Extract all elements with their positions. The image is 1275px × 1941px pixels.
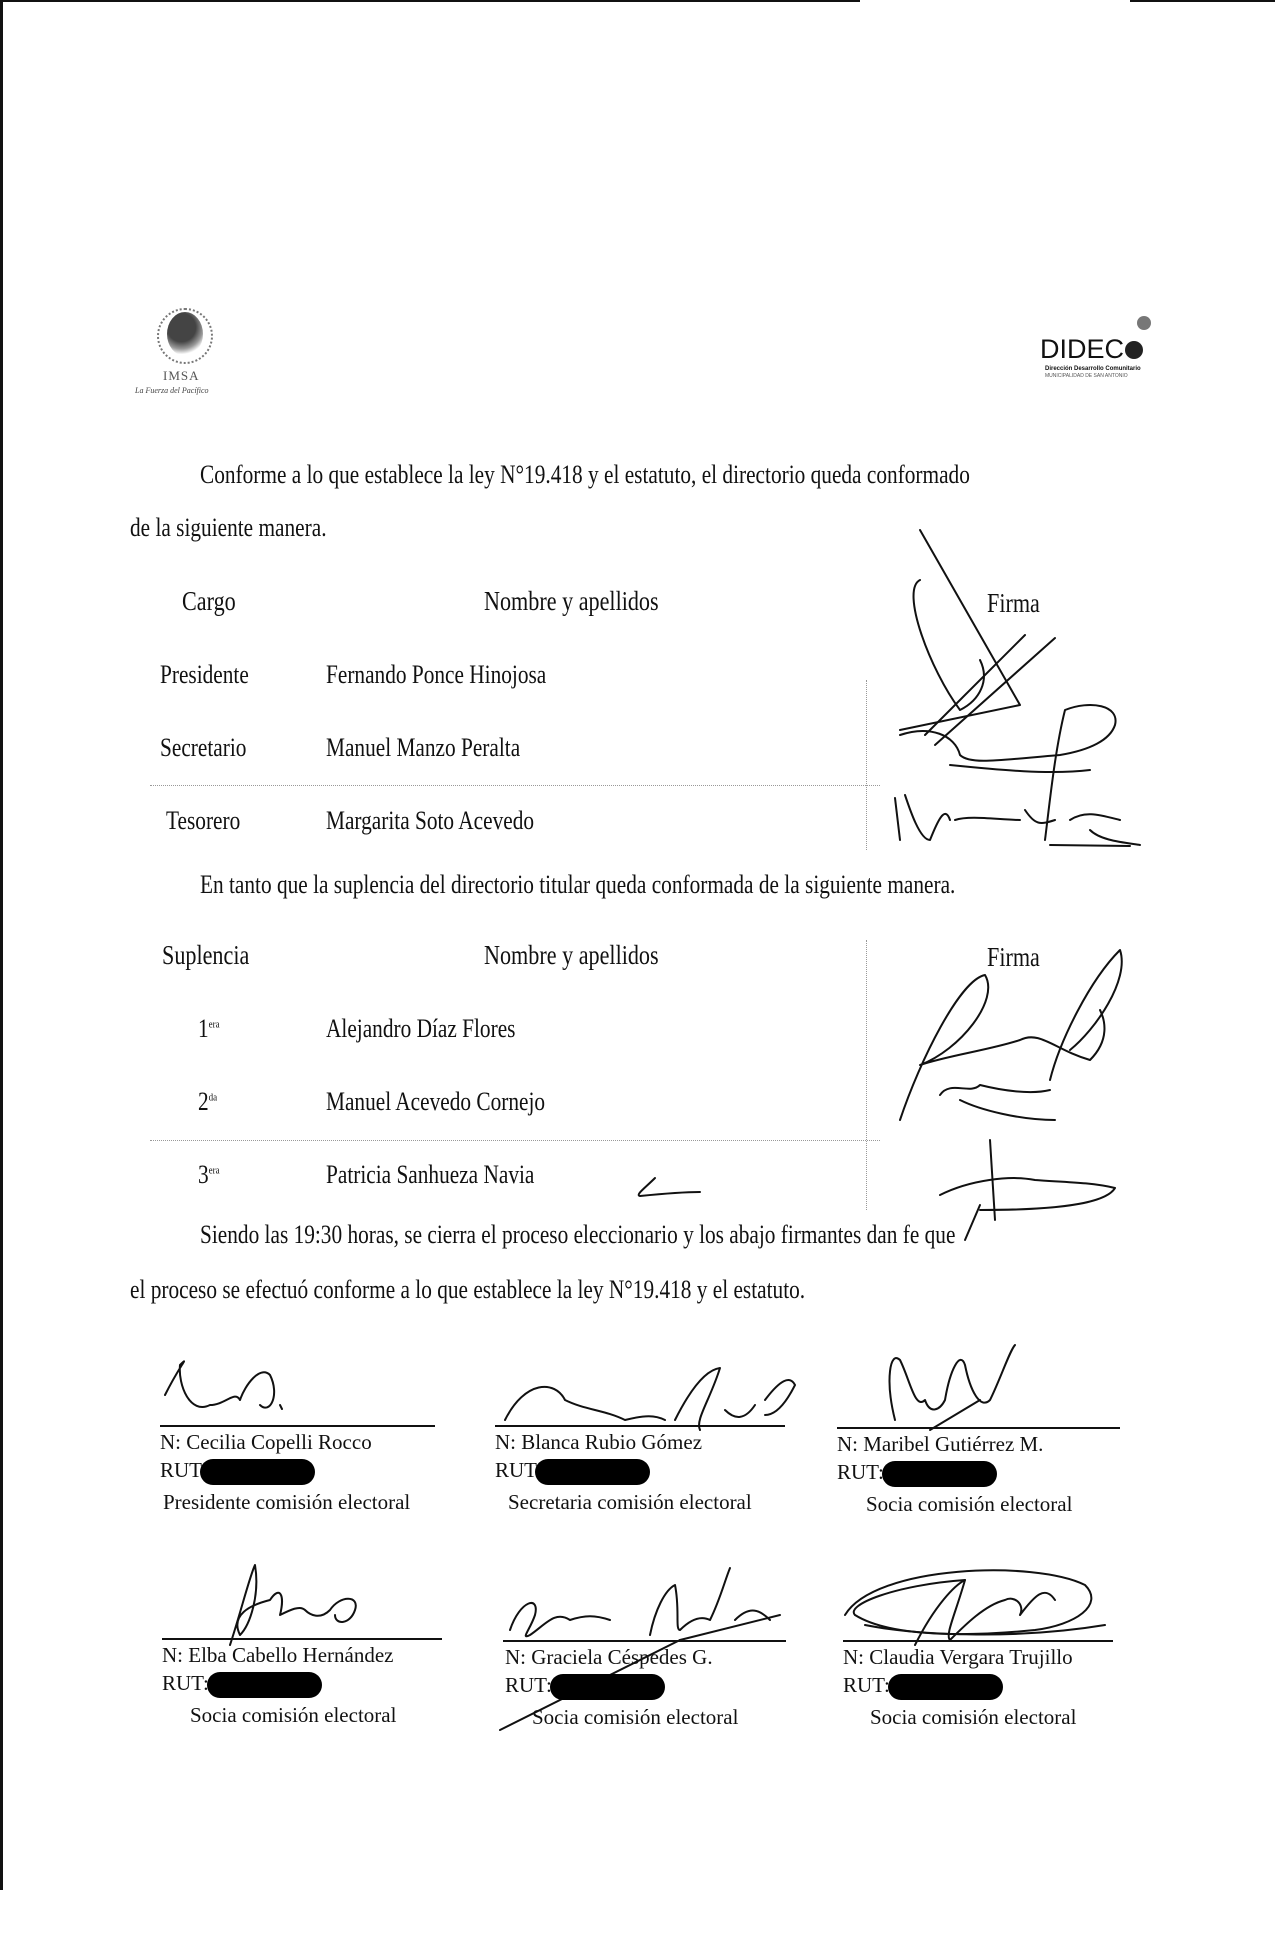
suplencia-number: 1era (198, 1014, 220, 1044)
member-role: Secretaria comisión electoral (508, 1490, 752, 1515)
nombre-cell: Alejandro Díaz Flores (326, 1014, 515, 1044)
imsa-logo: IMSA La Fuerza del Pacífico (135, 300, 255, 400)
header-suplencia: Suplencia (162, 940, 249, 971)
member-name: N: Cecilia Copelli Rocco (160, 1430, 372, 1455)
nombre-cell: Fernando Ponce Hinojosa (326, 660, 546, 690)
logo-subtitle: Dirección Desarrollo Comunitario (1045, 366, 1141, 372)
suplencia-number: 2da (198, 1087, 217, 1117)
table-gridline (150, 1140, 880, 1142)
signature-line (162, 1638, 442, 1640)
signature-line (495, 1425, 785, 1427)
redaction-mask (888, 1674, 1003, 1700)
signature-line (837, 1427, 1120, 1429)
member-name: N: Graciela Céspedes G. (505, 1645, 713, 1670)
cargo-cell: Tesorero (166, 806, 240, 836)
signature-elba (210, 1555, 370, 1655)
redaction-mask (550, 1674, 665, 1700)
suplencia-signatures (860, 920, 1180, 1220)
scan-border (0, 0, 860, 2)
member-role: Presidente comisión electoral (163, 1490, 410, 1515)
cargo-cell: Presidente (160, 660, 249, 690)
stray-pen-mark (630, 1170, 710, 1200)
cargo-cell: Secretario (160, 733, 246, 763)
member-role: Socia comisión electoral (532, 1705, 738, 1730)
member-rut: RUT (160, 1458, 315, 1485)
redaction-mask (535, 1459, 650, 1485)
nombre-cell: Patricia Sanhueza Navia (326, 1160, 534, 1190)
scan-border (1130, 0, 1275, 2)
redaction-mask (882, 1461, 997, 1487)
member-role: Socia comisión electoral (870, 1705, 1076, 1730)
member-name: N: Claudia Vergara Trujillo (843, 1645, 1073, 1670)
member-rut: RUT (495, 1458, 650, 1485)
header-nombre: Nombre y apellidos (484, 940, 659, 971)
member-role: Socia comisión electoral (866, 1492, 1072, 1517)
closing-line-2: el proceso se efectuó conforme a lo que … (130, 1277, 805, 1303)
signature-cecilia (150, 1345, 320, 1425)
member-role: Socia comisión electoral (190, 1703, 396, 1728)
directorio-signatures (860, 520, 1180, 860)
logo-tagline: La Fuerza del Pacífico (135, 386, 209, 395)
suplencia-number: 3era (198, 1160, 220, 1190)
header-cargo: Cargo (182, 586, 236, 617)
nombre-cell: Manuel Acevedo Cornejo (326, 1087, 545, 1117)
dideco-logo: DIDEC Dirección Desarrollo Comunitario M… (1035, 310, 1165, 390)
redaction-mask (200, 1459, 315, 1485)
signature-blanca (495, 1360, 805, 1440)
signature-maribel (870, 1340, 1020, 1440)
nombre-cell: Manuel Manzo Peralta (326, 733, 520, 763)
signature-line (503, 1640, 786, 1642)
redaction-mask (207, 1672, 322, 1698)
s-globe-emblem-icon (167, 312, 203, 356)
closing-line-1: Siendo las 19:30 horas, se cierra el pro… (200, 1222, 955, 1248)
member-rut: RUT: (843, 1673, 1003, 1700)
globe-icon (1137, 316, 1151, 330)
intro-line-2: de la siguiente manera. (130, 515, 327, 541)
logo-subtitle: MUNICIPALIDAD DE SAN ANTONIO (1045, 373, 1128, 379)
member-name: N: Blanca Rubio Gómez (495, 1430, 702, 1455)
signature-line (843, 1640, 1113, 1642)
header-nombre: Nombre y apellidos (484, 586, 659, 617)
nombre-cell: Margarita Soto Acevedo (326, 806, 534, 836)
member-rut: RUT: (505, 1673, 665, 1700)
signature-line (160, 1425, 435, 1427)
scan-border (0, 0, 3, 1890)
member-name: N: Elba Cabello Hernández (162, 1643, 394, 1668)
member-name: N: Maribel Gutiérrez M. (837, 1432, 1043, 1457)
suplencia-intro: En tanto que la suplencia del directorio… (200, 872, 955, 898)
table-gridline (150, 785, 880, 787)
member-rut: RUT: (837, 1460, 997, 1487)
member-rut: RUT: (162, 1671, 322, 1698)
logo-name: DIDEC (1040, 334, 1143, 365)
intro-line-1: Conforme a lo que establece la ley N°19.… (200, 462, 970, 488)
logo-name: IMSA (163, 368, 200, 384)
